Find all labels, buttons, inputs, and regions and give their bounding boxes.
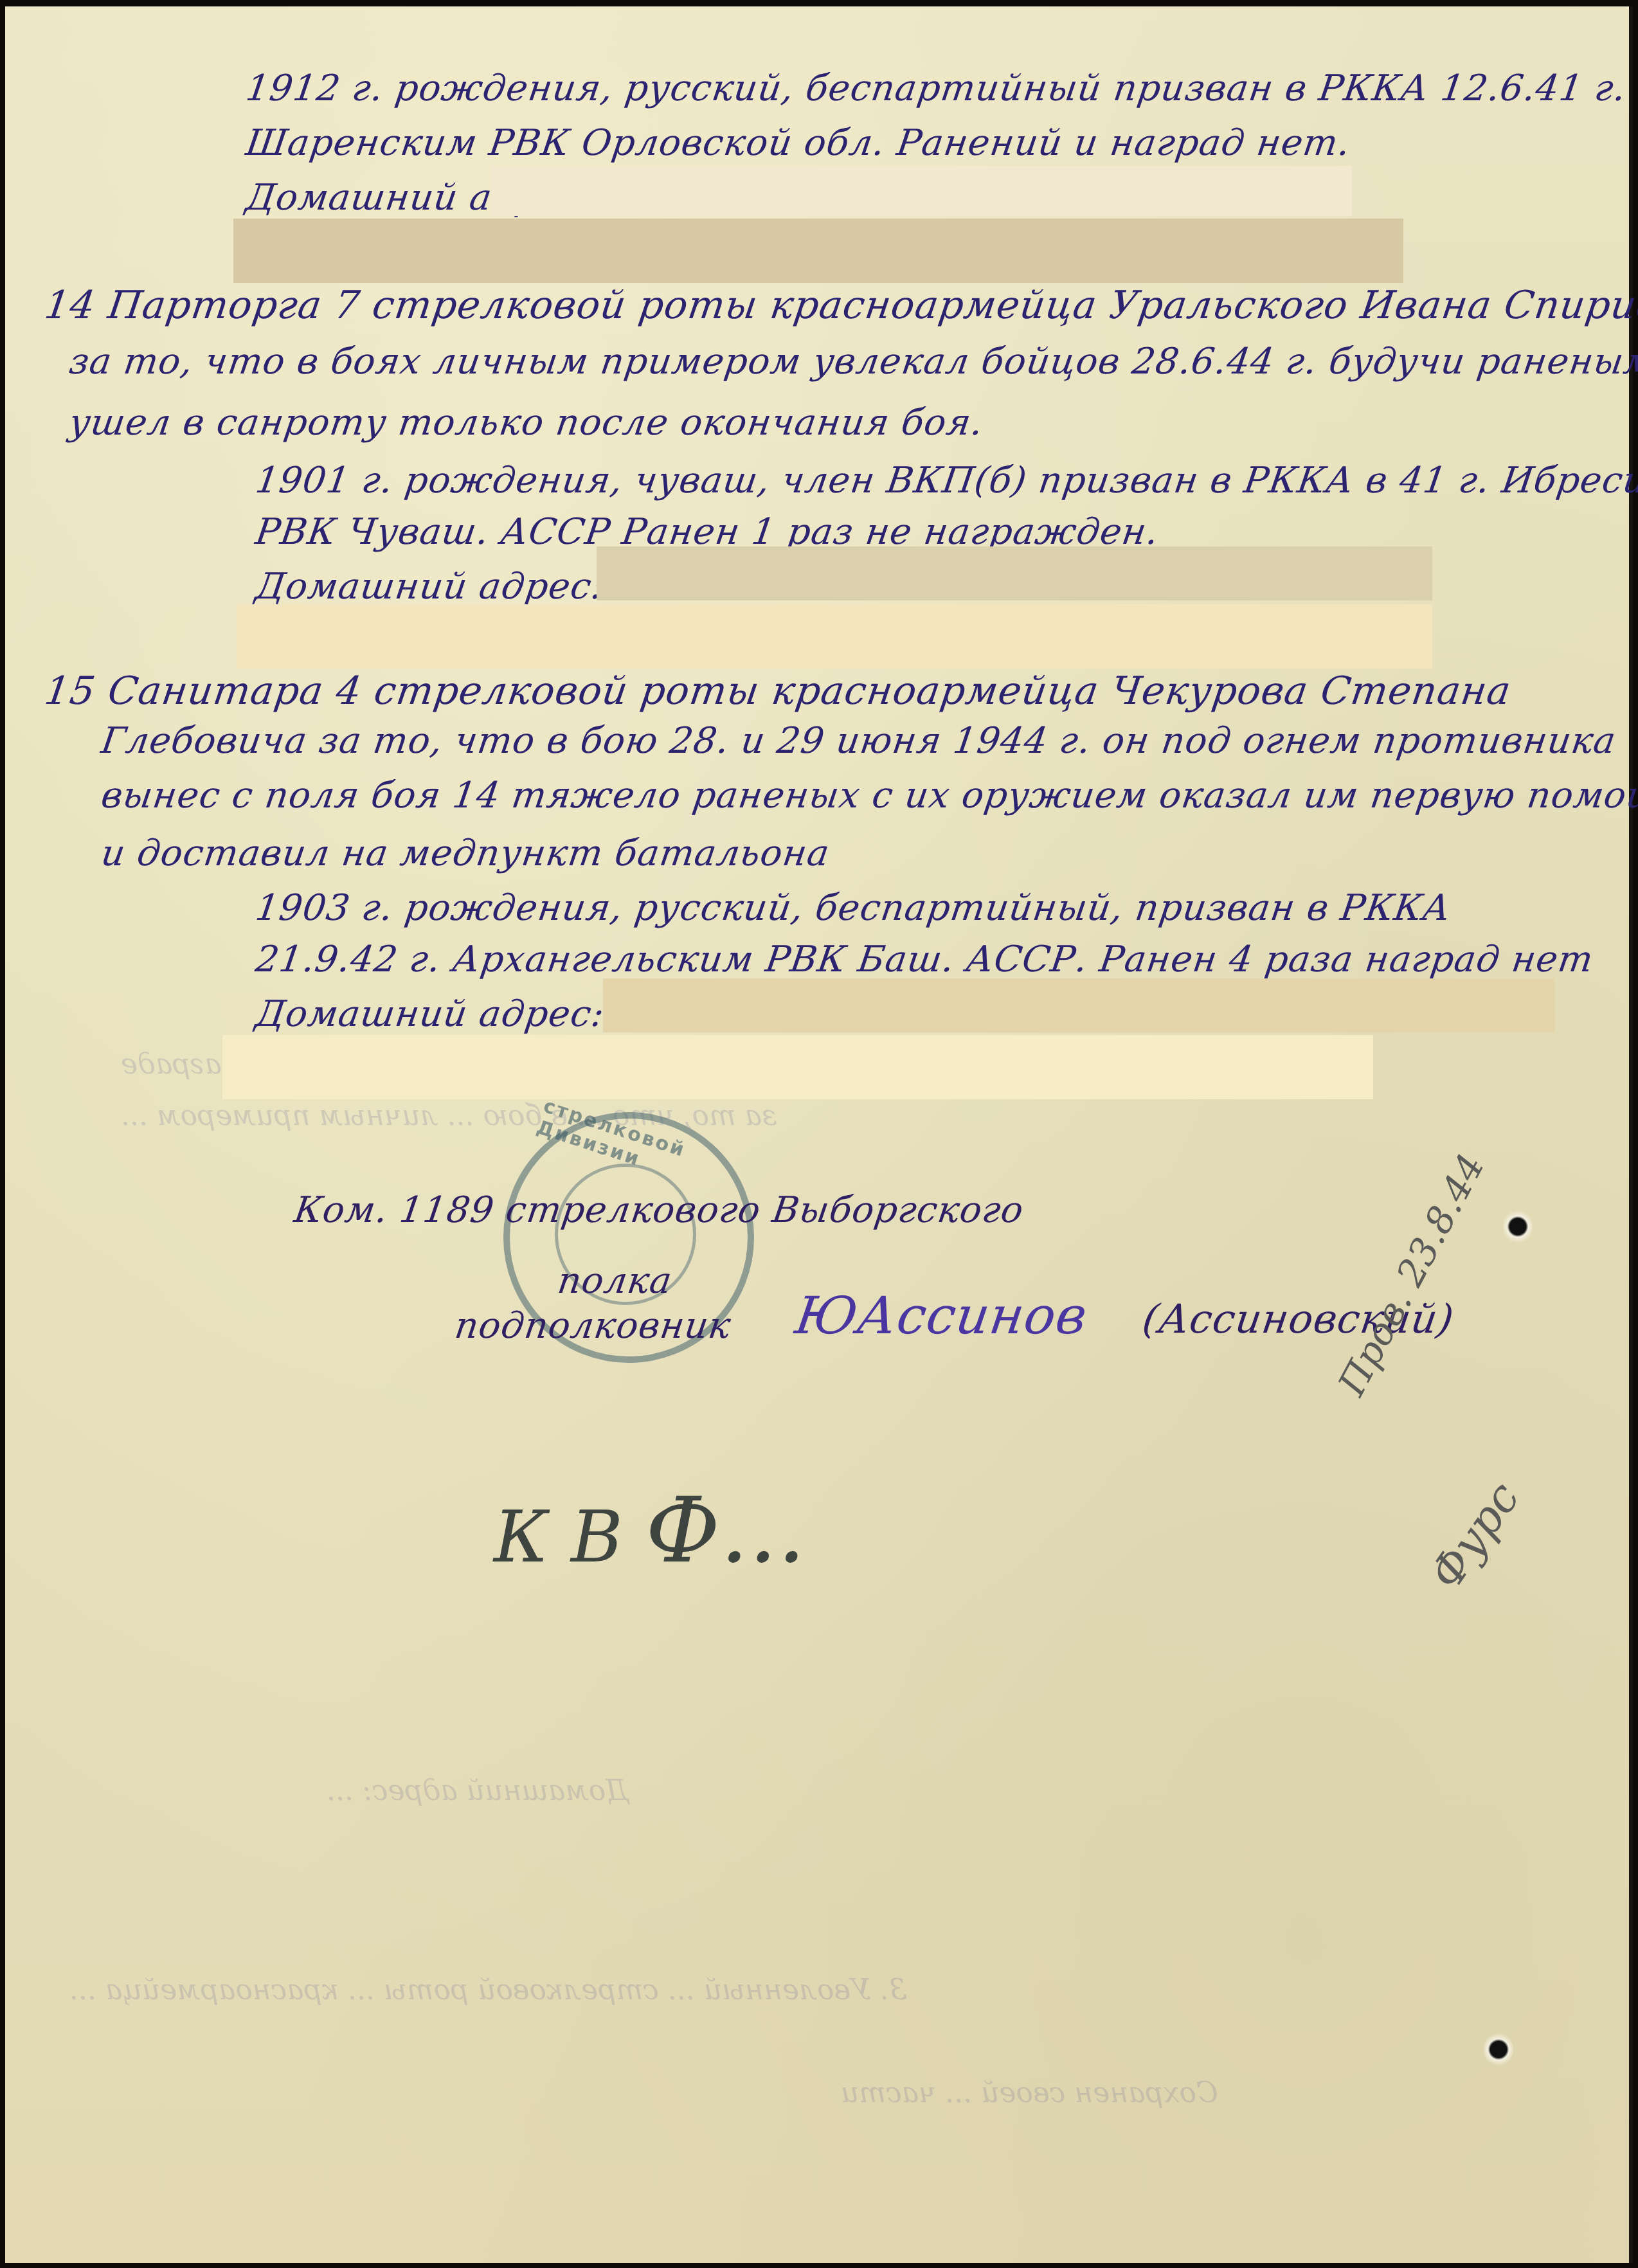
entry-13-bio-line-2: Шаренским РВК Орловской обл. Ранений и н…: [243, 122, 1353, 164]
entry-15-text-line-1: 15 Санитара 4 стрелковой роты красноарме…: [42, 669, 1514, 714]
redacted-address: [491, 166, 1352, 216]
entry-14-text-line-3: ушел в санроту только после окончания бо…: [66, 402, 986, 444]
bleed-through-line: Сохранен своей ... части: [841, 2076, 1218, 2109]
redacted-address: [222, 1035, 1373, 1099]
entry-14-bio-line-1: 1901 г. рождения, чуваш, член ВКП(б) при…: [253, 460, 1638, 501]
redacted-address: [237, 604, 1432, 669]
signature-initials: К В: [494, 1496, 623, 1578]
commander-title-line-1: Ком. 1189 стрелкового Выборгского: [291, 1189, 1026, 1231]
commander-signature: ЮАссинов: [791, 1286, 1091, 1345]
bleed-through-line: 3. Уволенный ... стрелковой роты ... кра…: [69, 1974, 907, 2006]
entry-citation: Санитара 4 стрелковой роты красноармейца…: [105, 669, 1514, 714]
entry-citation: Парторга 7 стрелковой роты красноармейца…: [105, 283, 1638, 328]
entry-14-address-label: Домашний адрес:: [253, 566, 607, 607]
entry-number: 14: [42, 283, 98, 328]
entry-15-text-line-4: и доставил на медпункт батальона: [98, 833, 832, 874]
document-page: Уволенный ... красноармеец ... представл…: [5, 6, 1633, 2263]
entry-15-bio-line-2: 21.9.42 г. Архангельским РВК Баш. АССР. …: [253, 939, 1596, 980]
entry-14-text-line-1: 14 Парторга 7 стрелковой роты красноарме…: [42, 283, 1638, 328]
entry-15-text-line-2: Глебовича за то, что в бою 28. и 29 июня…: [98, 720, 1619, 762]
verification-signature: Фурс: [1419, 1472, 1530, 1599]
entry-15-address-label: Домашний адрес:: [253, 993, 607, 1035]
redacted-address: [233, 219, 1403, 283]
signature-scrawl: Ф...: [645, 1479, 806, 1583]
commander-rank: подполковник: [452, 1305, 733, 1347]
redacted-address: [603, 978, 1554, 1032]
punch-hole: [1484, 2031, 1513, 2067]
punch-hole: [1503, 1209, 1533, 1245]
redacted-address: [597, 546, 1432, 600]
entry-13-bio-line-1: 1912 г. рождения, русский, беспартийный …: [243, 67, 1628, 109]
entry-15-text-line-3: вынес с поля боя 14 тяжело раненых с их …: [98, 775, 1638, 816]
second-signature: К В Ф...: [494, 1479, 806, 1583]
entry-14-text-line-2: за то, что в боях личным примером увлека…: [66, 341, 1638, 382]
bleed-through-line: Домашний адрес: ...: [327, 1774, 629, 1807]
commander-title-line-2: полка: [555, 1260, 674, 1302]
entry-15-bio-line-1: 1903 г. рождения, русский, беспартийный,…: [253, 887, 1453, 929]
entry-number: 15: [42, 669, 98, 714]
verification-note: Пров. 23.8.44: [1329, 1147, 1493, 1403]
